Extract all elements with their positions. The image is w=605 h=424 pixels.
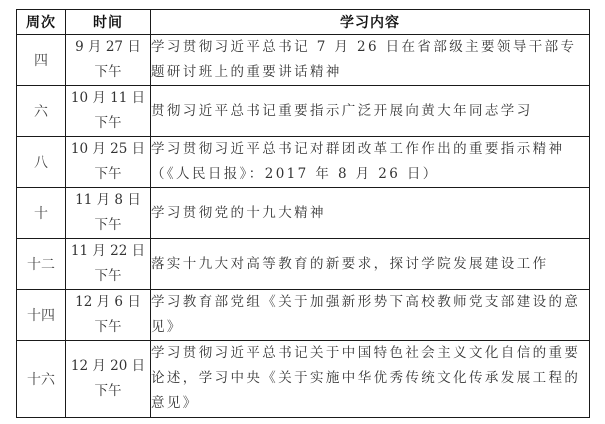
week-cell: 十: [17, 188, 66, 239]
period-text: 下午: [66, 60, 150, 85]
table-row: 十四 12 月 6 日 下午 学习教育部党组《关于加强新形势下高校教师党支部建设…: [17, 290, 590, 341]
date-text: 11 月 22 日: [66, 239, 150, 264]
table-row: 八 10 月 25 日 下午 学习贯彻习近平总书记对群团改革工作作出的重要指示精…: [17, 137, 590, 188]
time-cell: 11 月 22 日 下午: [66, 239, 151, 290]
date-text: 9 月 27 日: [66, 35, 150, 60]
header-time: 时间: [66, 10, 151, 35]
header-content: 学习内容: [151, 10, 590, 35]
content-cell: 学习贯彻习近平总书记关于中国特色社会主义文化自信的重要论述，学习中央《关于实施中…: [151, 341, 590, 418]
content-cell: 落实十九大对高等教育的新要求，探讨学院发展建设工作: [151, 239, 590, 290]
table-header-row: 周次 时间 学习内容: [17, 10, 590, 35]
period-text: 下午: [66, 379, 150, 404]
period-text: 下午: [66, 264, 150, 289]
table-row: 四 9 月 27 日 下午 学习贯彻习近平总书记 7 月 26 日在省部级主要领…: [17, 35, 590, 86]
period-text: 下午: [66, 111, 150, 136]
content-cell: 学习贯彻习近平总书记 7 月 26 日在省部级主要领导干部专题研讨班上的重要讲话…: [151, 35, 590, 86]
content-cell: 学习教育部党组《关于加强新形势下高校教师党支部建设的意见》: [151, 290, 590, 341]
time-cell: 9 月 27 日 下午: [66, 35, 151, 86]
table-row: 十六 12 月 20 日 下午 学习贯彻习近平总书记关于中国特色社会主义文化自信…: [17, 341, 590, 418]
date-text: 10 月 11 日: [66, 86, 150, 111]
period-text: 下午: [66, 162, 150, 187]
week-cell: 十四: [17, 290, 66, 341]
date-text: 12 月 6 日: [66, 290, 150, 315]
content-cell: 学习贯彻党的十九大精神: [151, 188, 590, 239]
week-cell: 十二: [17, 239, 66, 290]
week-cell: 十六: [17, 341, 66, 418]
date-text: 11 月 8 日: [66, 188, 150, 213]
week-cell: 八: [17, 137, 66, 188]
time-cell: 12 月 6 日 下午: [66, 290, 151, 341]
header-week: 周次: [17, 10, 66, 35]
content-cell: 贯彻习近平总书记重要指示广泛开展向黄大年同志学习: [151, 86, 590, 137]
date-text: 10 月 25 日: [66, 137, 150, 162]
study-schedule-table: 周次 时间 学习内容 四 9 月 27 日 下午 学习贯彻习近平总书记 7 月 …: [16, 9, 590, 418]
date-text: 12 月 20 日: [66, 354, 150, 379]
week-cell: 四: [17, 35, 66, 86]
table-row: 六 10 月 11 日 下午 贯彻习近平总书记重要指示广泛开展向黄大年同志学习: [17, 86, 590, 137]
table-row: 十二 11 月 22 日 下午 落实十九大对高等教育的新要求，探讨学院发展建设工…: [17, 239, 590, 290]
time-cell: 11 月 8 日 下午: [66, 188, 151, 239]
table-row: 十 11 月 8 日 下午 学习贯彻党的十九大精神: [17, 188, 590, 239]
content-cell: 学习贯彻习近平总书记对群团改革工作作出的重要指示精神（《人民日报》：2017 年…: [151, 137, 590, 188]
period-text: 下午: [66, 315, 150, 340]
period-text: 下午: [66, 213, 150, 238]
time-cell: 10 月 25 日 下午: [66, 137, 151, 188]
time-cell: 10 月 11 日 下午: [66, 86, 151, 137]
week-cell: 六: [17, 86, 66, 137]
time-cell: 12 月 20 日 下午: [66, 341, 151, 418]
